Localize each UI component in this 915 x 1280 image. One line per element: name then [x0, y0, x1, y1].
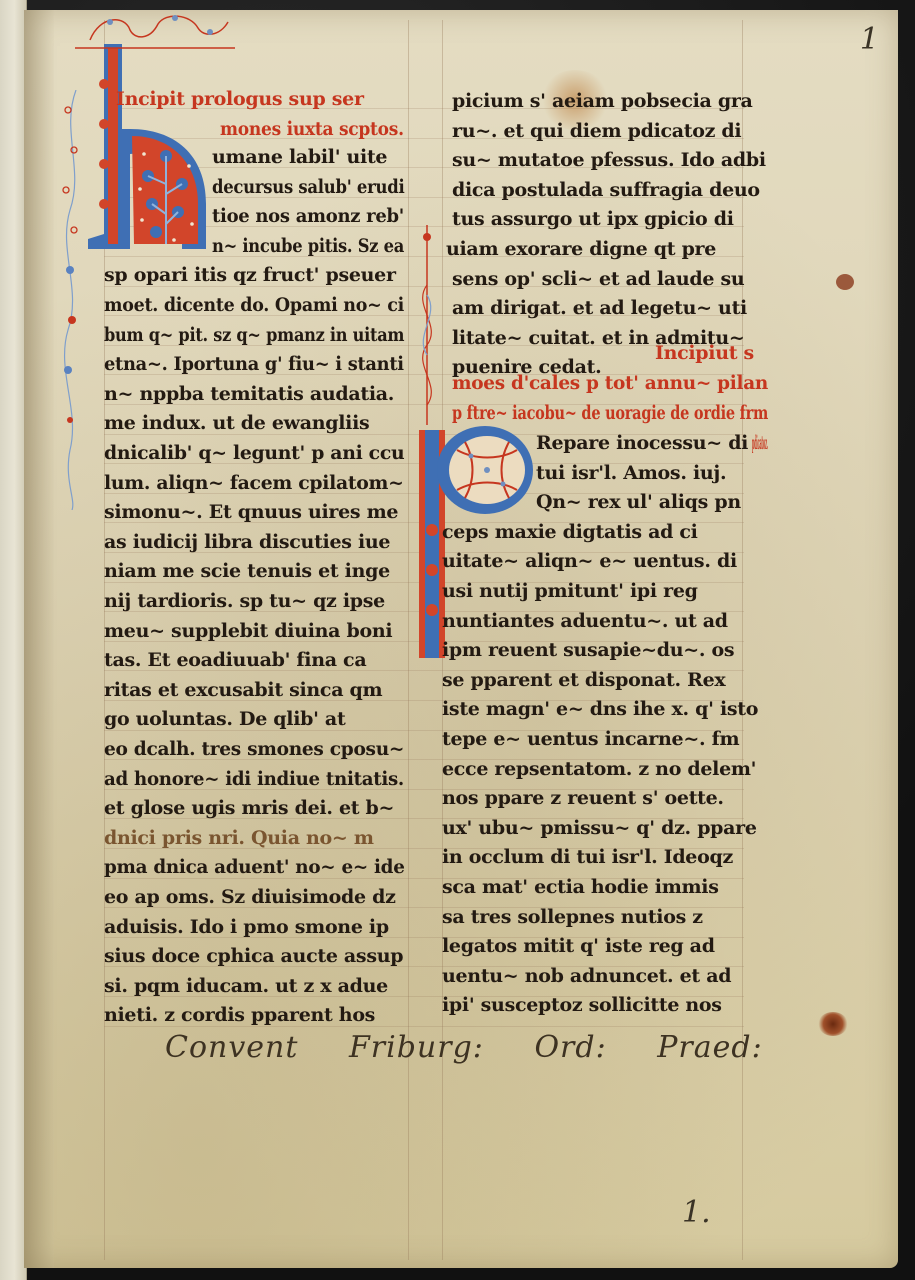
- text-line: uiam exorare digne qt pre: [446, 238, 716, 260]
- margin-flourish: [412, 225, 442, 425]
- text-line: dnicalib' q~ legunt' p ani ccu: [104, 442, 404, 464]
- text-line: etna~. Iportuna g' fiu~ i stanti: [104, 353, 404, 375]
- text-line: tus assurgo ut ipx gpicio di: [452, 208, 734, 230]
- text-line: picium s' aeiam pobsecia gra: [452, 90, 753, 112]
- text-line: meu~ supplebit diuina boni: [104, 620, 392, 642]
- inscription-word: Praed:: [657, 1030, 762, 1065]
- ownership-inscription: Convent Friburg: Ord: Praed:: [165, 1030, 803, 1065]
- text-line: ritas et excusabit sinca qm: [104, 679, 382, 701]
- sermon-heading-line: p ftre~ iacobu~ de uoragie de ordie frm: [452, 402, 768, 424]
- text-line: tepe e~ uentus incarne~. fm: [442, 728, 739, 750]
- text-line: eo ap oms. Sz diuisimode dz: [104, 886, 396, 908]
- text-line: as iudicij libra discuties iue: [104, 531, 390, 553]
- text-line: usi nutij pmitunt' ipi reg: [442, 580, 698, 602]
- text-line: n~ nppba temitatis audatia.: [104, 383, 394, 405]
- text-line: Qn~ rex ul' aliqs pn: [536, 491, 741, 513]
- inscription-word: Convent: [165, 1030, 298, 1065]
- text-line: tioe nos amonz reb': [212, 205, 404, 227]
- text-line: se pparent et disponat. Rex: [442, 669, 725, 691]
- text-line: ipi' susceptoz sollicitte nos: [442, 994, 722, 1016]
- sermon-heading-line: moes d'cales p tot' annu~ pilan: [452, 372, 768, 394]
- text-line: niam me scie tenuis et inge: [104, 560, 390, 582]
- text-line: umane labil' uite: [212, 146, 387, 168]
- text-line: ecce repsentatom. z no delem': [442, 758, 756, 780]
- text-line: ux' ubu~ pmissu~ q' dz. ppare: [442, 817, 757, 839]
- text-line: sius doce cphica aucte assup: [104, 945, 403, 967]
- text-line: simonu~. Et qnuus uires me: [104, 501, 398, 523]
- text-line: sca mat' ectia hodie immis: [442, 876, 719, 898]
- foxing-stain: [818, 1012, 848, 1036]
- text-line: am dirigat. et ad legetu~ uti: [452, 297, 747, 319]
- inscription-word: Friburg:: [349, 1030, 484, 1065]
- text-line: uitate~ aliqn~ e~ uentus. di: [442, 550, 737, 572]
- text-line: iste magn' e~ dns ihe x. q' isto: [442, 698, 758, 720]
- text-line: su~ mutatoe pfessus. Ido adbi: [452, 149, 766, 171]
- decorated-initial-h: [74, 44, 224, 254]
- text-line: legatos mitit q' iste reg ad: [442, 935, 715, 957]
- text-line: ceps maxie digtatis ad ci: [442, 521, 698, 543]
- text-line: uentu~ nob adnuncet. et ad: [442, 965, 731, 987]
- sermon-heading-line: Incipiut s: [655, 342, 754, 364]
- text-line: pma dnica aduent' no~ e~ ide: [104, 856, 405, 878]
- margin-flourish: [56, 90, 86, 510]
- text-line: go uoluntas. De qlib' at: [104, 708, 345, 730]
- shelf-mark: 1.: [682, 1195, 711, 1230]
- sermon-heading-line: pdicatoz.: [752, 432, 768, 454]
- text-line: nij tardioris. sp tu~ qz ipse: [104, 590, 385, 612]
- inscription-word: Ord:: [534, 1030, 606, 1065]
- pen-flourish: [70, 10, 240, 55]
- text-line: ru~. et qui diem pdicatoz di: [452, 120, 741, 142]
- text-line: dnici pris nri. Quia no~ m: [104, 827, 374, 849]
- text-line: in occlum di tui isr'l. Ideoqz: [442, 846, 733, 868]
- text-line: ad honore~ idi indiue tnitatis.: [104, 768, 404, 790]
- text-line: sens op' scli~ et ad laude su: [452, 268, 744, 290]
- text-line: aduisis. Ido i pmo smone ip: [104, 916, 389, 938]
- folio-number: 1: [860, 22, 879, 57]
- text-line: tas. Et eoadiuuab' fina ca: [104, 649, 366, 671]
- text-line: nieti. z cordis pparent hos: [104, 1004, 375, 1026]
- text-line: et glose ugis mris dei. et b~: [104, 797, 394, 819]
- foxing-stain: [836, 274, 854, 290]
- text-line: nuntiantes aduentu~. ut ad: [442, 610, 728, 632]
- text-line: eo dcalh. tres smones cposu~: [104, 738, 404, 760]
- flyleaf-edge: [0, 0, 27, 1280]
- text-line: Repare inocessu~ di: [536, 432, 748, 454]
- prologue-heading-line: mones iuxta scptos.: [220, 118, 404, 140]
- text-line: lum. aliqn~ facem cpilatom~: [104, 472, 404, 494]
- text-line: ipm reuent susapie~du~. os: [442, 639, 734, 661]
- text-line: si. pqm iducam. ut z x adue: [104, 975, 388, 997]
- text-line: sa tres sollepnes nutios z: [442, 906, 703, 928]
- text-line: tui isr'l. Amos. iuj.: [536, 462, 726, 484]
- text-line: decursus salub' erudi: [212, 176, 404, 198]
- prologue-heading-line: Incipit prologus sup ser: [116, 88, 364, 110]
- text-line: nos ppare z reuent s' oette.: [442, 787, 724, 809]
- text-line: bum q~ pit. sz q~ pmanz in uitam: [104, 324, 404, 346]
- text-line: n~ incube pitis. Sz ea: [212, 235, 404, 257]
- binding-gutter: [24, 10, 54, 1268]
- text-line: moet. dicente do. Opami no~ ci: [104, 294, 404, 316]
- text-line: dica postulada suffragia deuo: [452, 179, 760, 201]
- text-line: sp opari itis qz fruct' pseuer: [104, 264, 396, 286]
- text-line: me indux. ut de ewangliis: [104, 412, 369, 434]
